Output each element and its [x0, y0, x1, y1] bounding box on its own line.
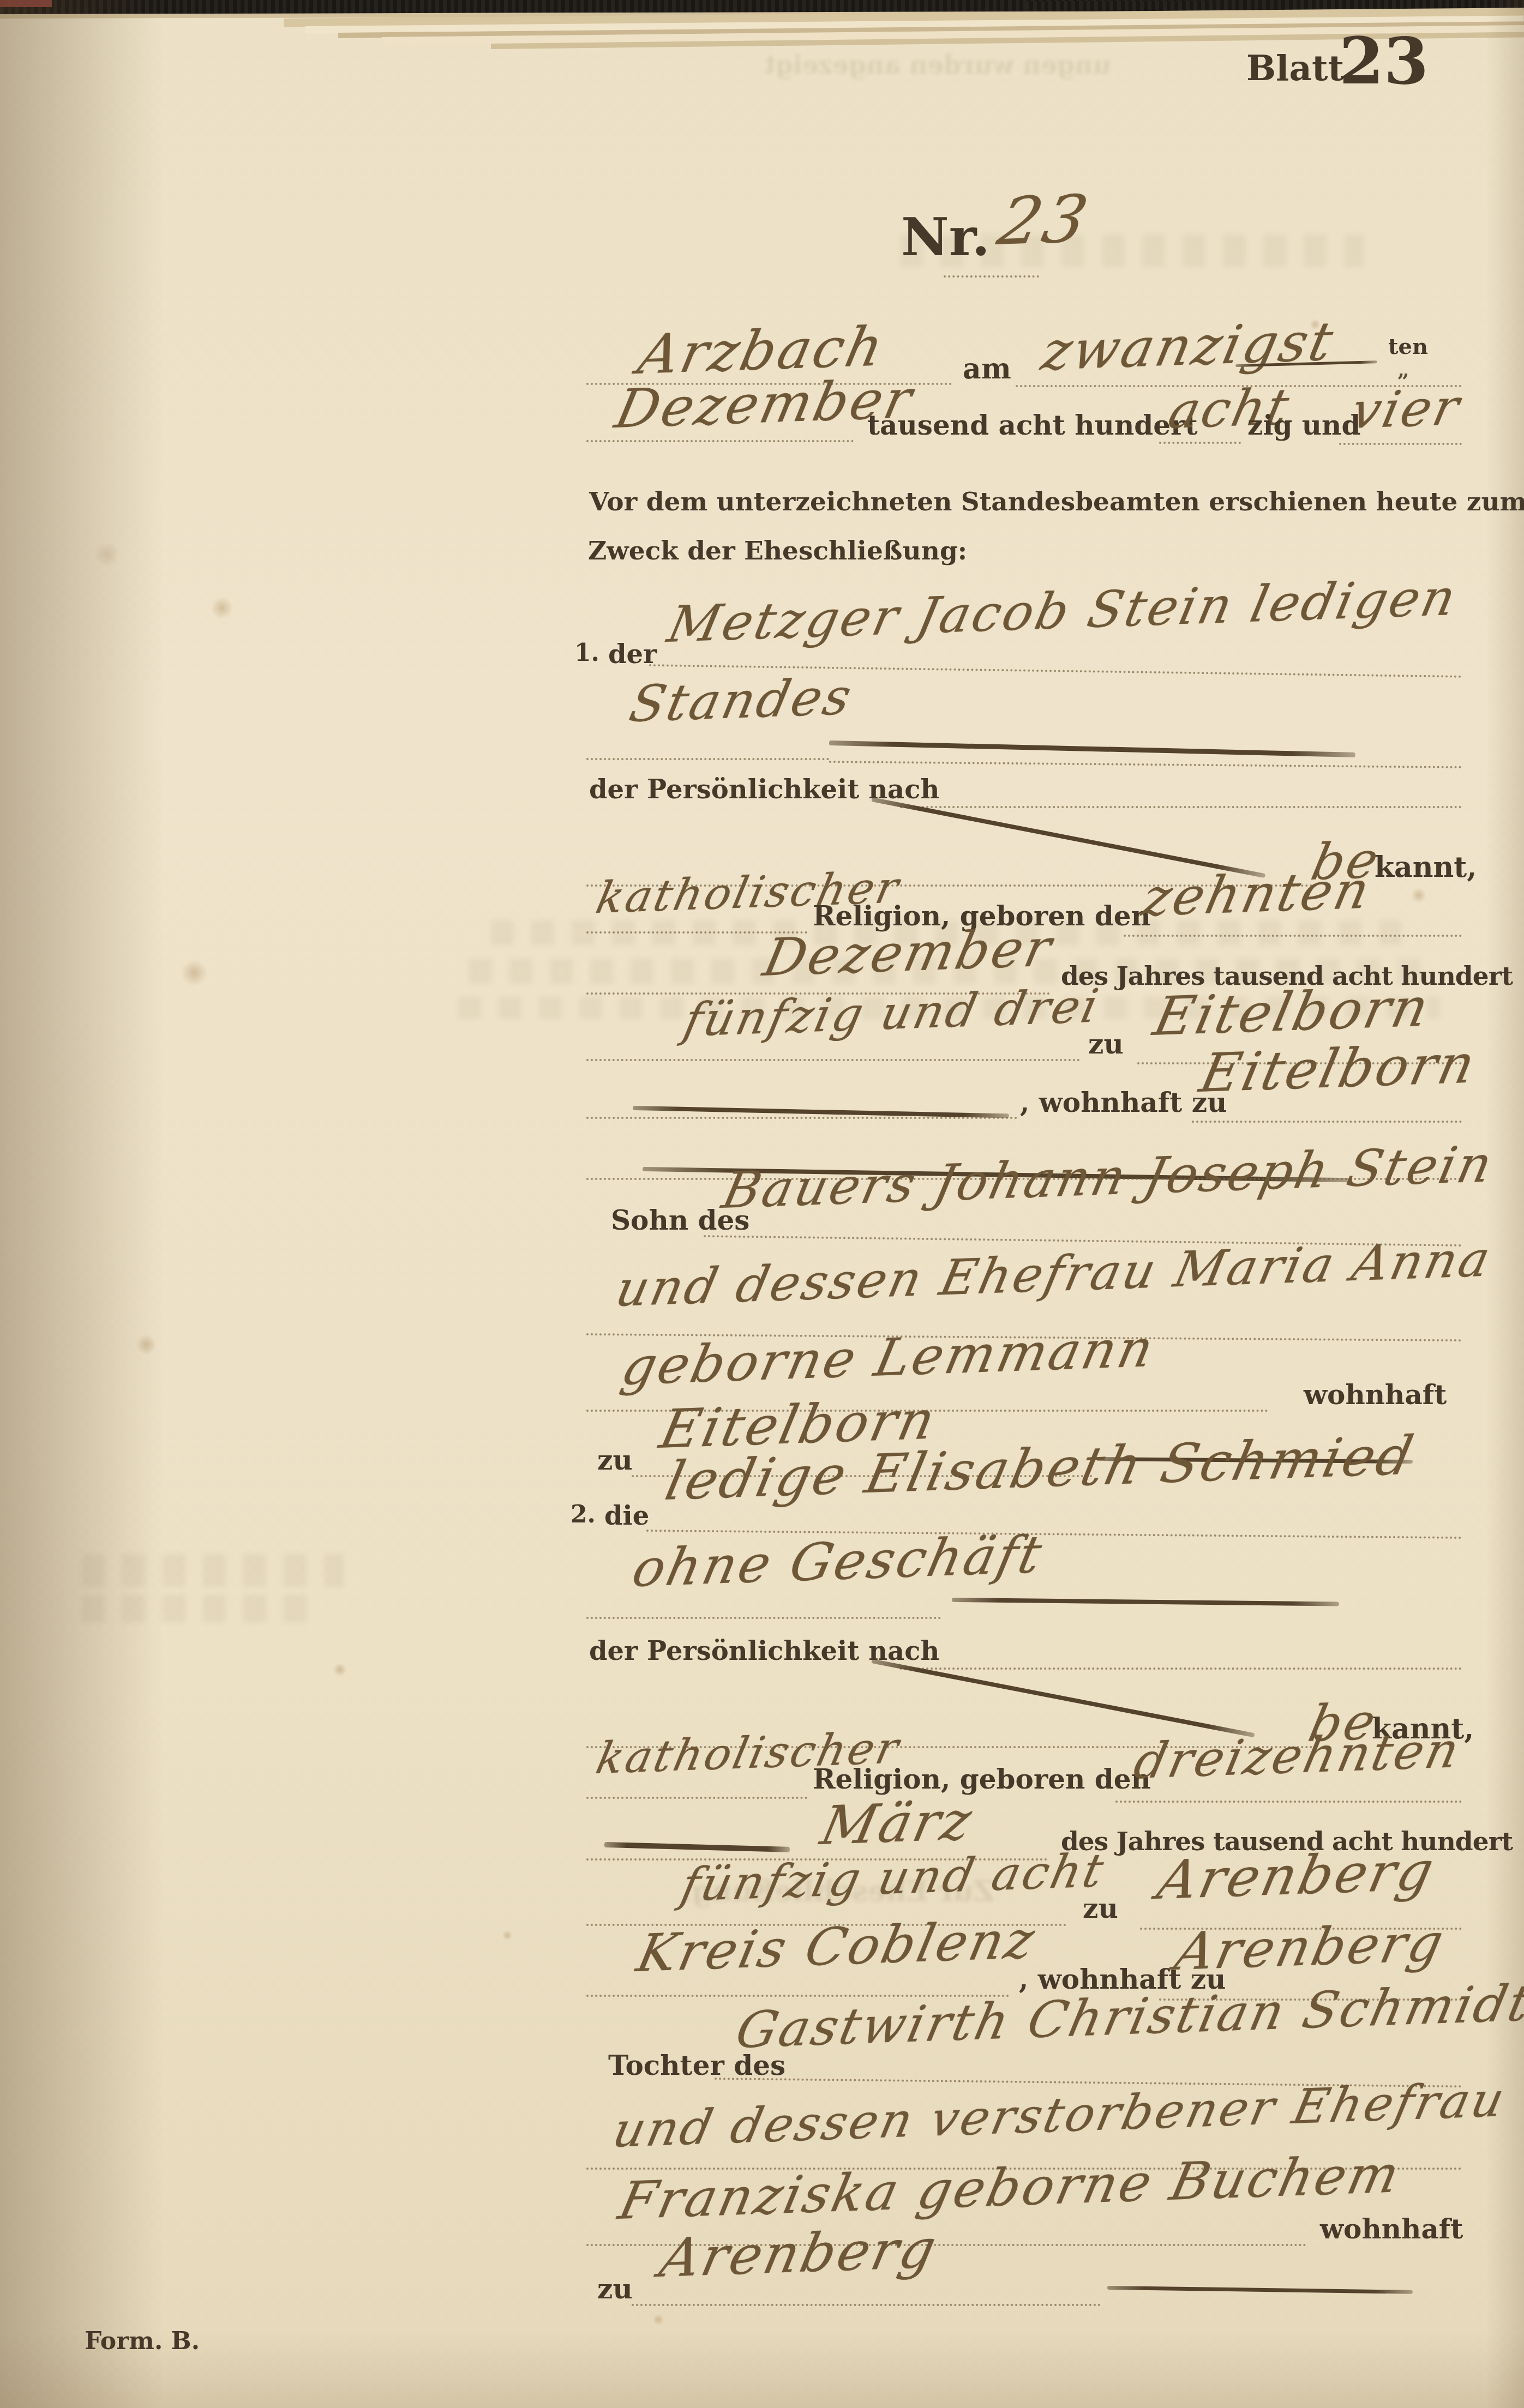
bride-religion-label: Religion, geboren den: [813, 1763, 1151, 1795]
bride-mother-line-2: Franziska geborne Buchem: [614, 2145, 1407, 2231]
dotted-rule: [586, 1617, 941, 1619]
bleedthrough-text: ungen wurden angezeigt: [764, 50, 1111, 80]
bleedthrough-smudge: [82, 1554, 344, 1587]
dotted-rule: [1192, 1121, 1462, 1123]
groom-zu2-label: zu: [597, 1444, 633, 1476]
groom-mother-line-1: und dessen Ehefrau Maria Anna: [611, 1231, 1497, 1318]
bride-occupation-line: ohne Geschäft: [627, 1525, 1049, 1599]
groom-zu-label: zu: [1088, 1028, 1124, 1060]
year-decade-label: zig und: [1247, 409, 1360, 441]
groom-identity-rest: kannt,: [1375, 851, 1477, 884]
foxing-spot: [502, 1930, 513, 1940]
groom-father-line: Bauers Johann Joseph Stein: [717, 1135, 1499, 1220]
bride-parents-residence: Arenberg: [655, 2218, 944, 2290]
am-label: am: [963, 352, 1011, 386]
foxing-spot: [135, 1335, 157, 1354]
dotted-rule: [586, 1059, 1080, 1061]
foxing-spot: [94, 543, 120, 567]
sheet-number: 23: [1339, 23, 1429, 99]
dotted-rule: [1115, 1801, 1462, 1803]
groom-birth-month: Dezember: [758, 918, 1059, 988]
dotted-rule: [829, 761, 1462, 768]
foxing-spot: [180, 960, 208, 986]
groom-mother-line-2: geborne Lemmann: [616, 1319, 1161, 1397]
bride-wohnhaft-label: wohnhaft: [1320, 2213, 1463, 2245]
sheet-label: Blatt: [1246, 48, 1344, 89]
dotted-rule: [900, 806, 1462, 808]
ink-stroke: [604, 1842, 790, 1852]
intro-line-2: Zweck der Eheschließung:: [588, 536, 967, 566]
dotted-rule: [1159, 442, 1241, 444]
year-unit-hand: vier: [1346, 378, 1466, 440]
groom-status-line: Standes: [625, 667, 859, 733]
foxing-spot: [652, 2314, 664, 2325]
right-edge-shadow: [1486, 0, 1524, 2408]
foxing-spot: [1411, 888, 1427, 903]
bride-birth-year: fünfzig und acht: [676, 1844, 1110, 1912]
bride-article: die: [604, 1501, 649, 1531]
bride-item-number: 2.: [571, 1501, 596, 1528]
dotted-rule: [586, 440, 854, 442]
bride-zu2-label: zu: [597, 2273, 633, 2305]
groom-birth-day: zehnten: [1137, 860, 1377, 928]
bride-birth-day: dreizehnten: [1129, 1721, 1466, 1790]
bride-birth-place: Arenberg: [1152, 1840, 1441, 1912]
dotted-rule: [1339, 443, 1462, 445]
ink-stroke: [829, 741, 1355, 757]
registration-day: zwanzigst: [1036, 311, 1340, 383]
dotted-rule: [900, 1667, 1462, 1670]
bride-district-line: Kreis Coblenz: [632, 1910, 1042, 1984]
ink-stroke: [1107, 2286, 1413, 2294]
day-suffix: ten: [1388, 334, 1428, 359]
ink-stroke: [952, 1598, 1339, 1606]
gutter-shadow: [0, 0, 164, 2408]
dotted-rule: [1124, 935, 1462, 937]
bride-birth-month: März: [815, 1790, 979, 1857]
bottom-shadow: [0, 2332, 1524, 2408]
dotted-rule: [632, 2304, 1101, 2306]
foxing-spot: [333, 1663, 347, 1676]
groom-birth-year: fünfzig und drei: [679, 979, 1105, 1048]
foxing-spot: [210, 597, 234, 619]
ink-stroke: [871, 1659, 1255, 1737]
groom-item-number: 1.: [574, 639, 599, 667]
groom-wohnhaft-label: wohnhaft: [1304, 1378, 1447, 1411]
form-label: Form. B.: [85, 2327, 200, 2355]
bride-residence: Arenberg: [1170, 1913, 1450, 1982]
ditto-mark: „: [1397, 357, 1409, 382]
registry-page-scan: ungen wurden angezeigt Zur Eheschließung…: [0, 0, 1524, 2408]
dotted-rule: [586, 1797, 807, 1799]
intro-line-1: Vor dem unterzeichneten Standesbeamten e…: [589, 487, 1524, 517]
dotted-rule: [586, 1117, 1017, 1119]
bride-zu-label: zu: [1083, 1892, 1118, 1924]
bleedthrough-smudge: [82, 1595, 316, 1622]
dotted-rule: [586, 758, 829, 760]
year-millennium-label: tausend acht hundert: [867, 409, 1198, 441]
groom-residence: Eitelborn: [1195, 1033, 1483, 1105]
record-number-label: Nr.: [901, 206, 990, 268]
dotted-rule: [944, 275, 1039, 278]
groom-name-line: Metzger Jacob Stein ledigen: [663, 568, 1463, 654]
record-number-value: 23: [992, 181, 1096, 260]
